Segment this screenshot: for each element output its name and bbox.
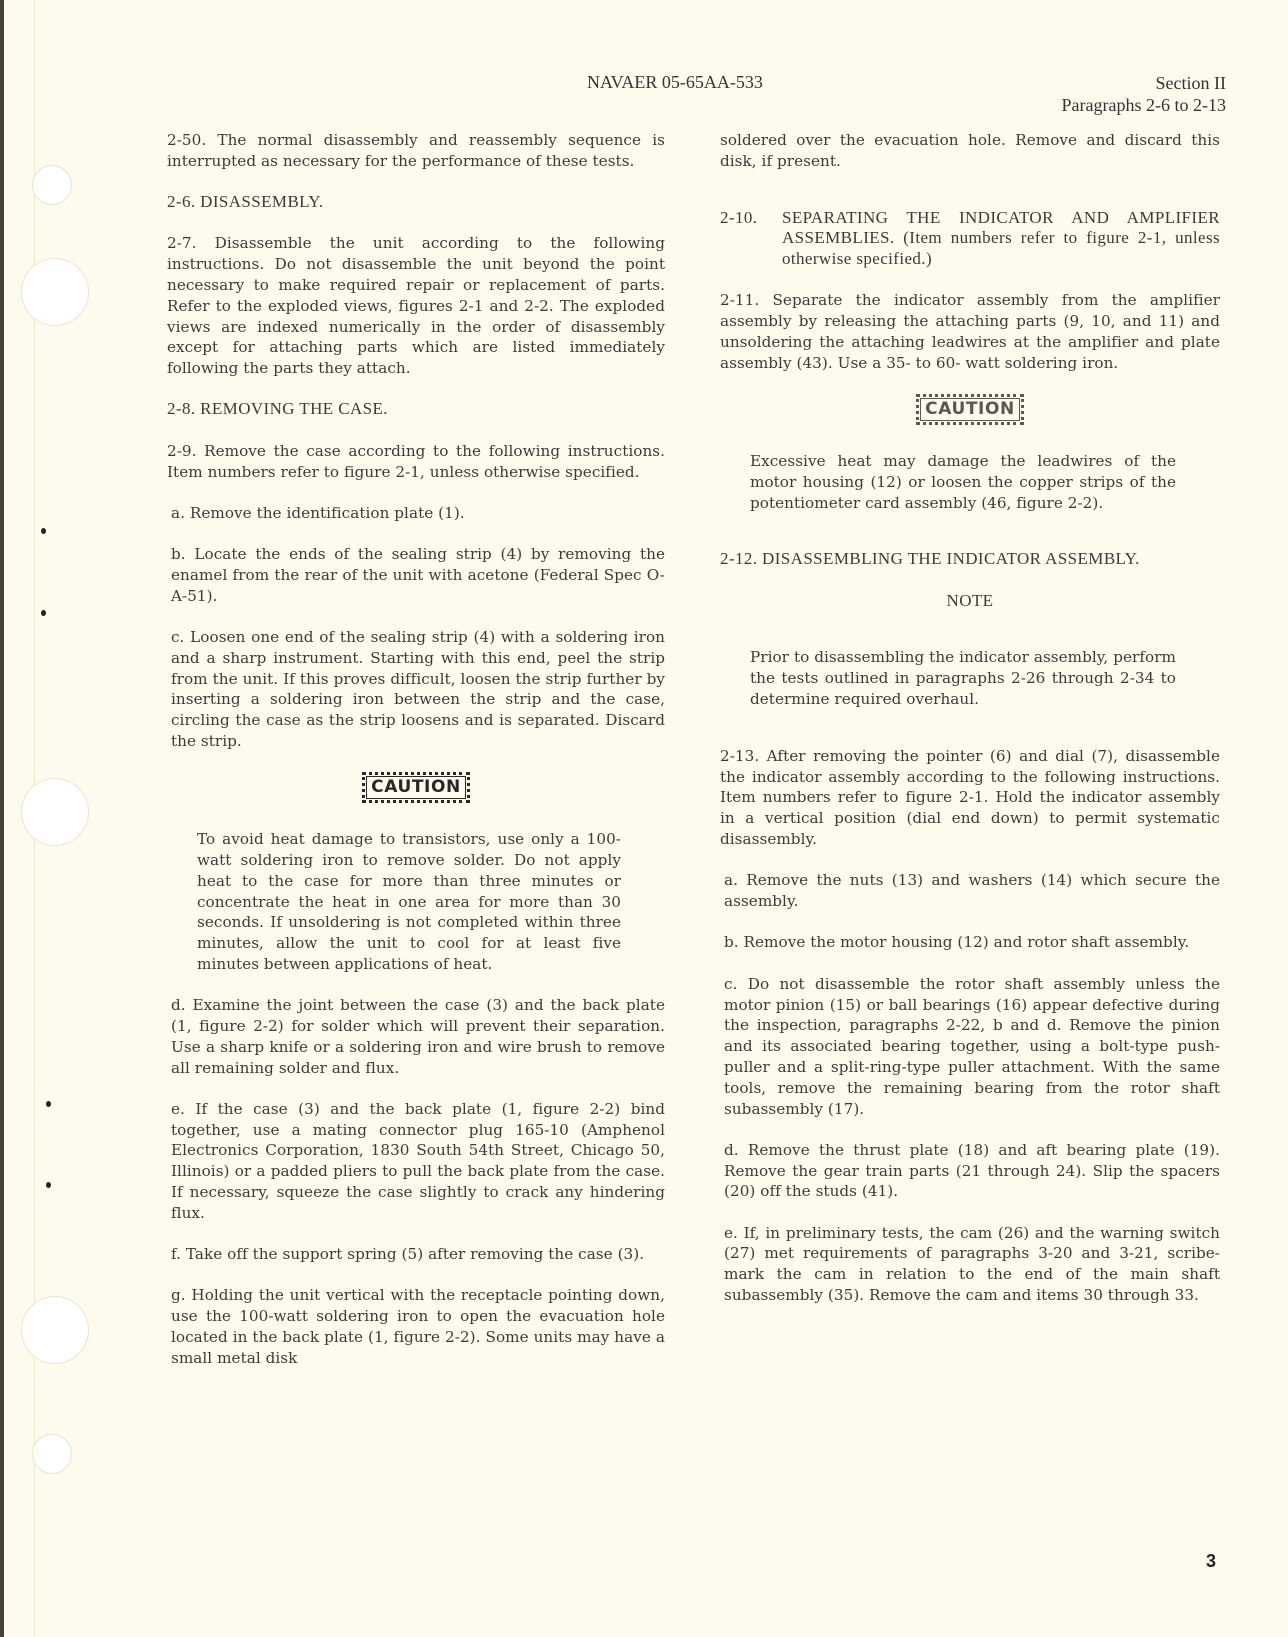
- continued-text: soldered over the evacuation hole. Remov…: [720, 130, 1220, 172]
- heading-removing-case: 2-8. REMOVING THE CASE.: [167, 399, 665, 420]
- step-e: e. If, in preliminary tests, the cam (26…: [720, 1223, 1220, 1306]
- note-text: Prior to disassembling the indicator ass…: [720, 647, 1220, 709]
- right-column: soldered over the evacuation hole. Remov…: [720, 130, 1220, 1326]
- margin-mark: [41, 528, 46, 534]
- document-number: NAVAER 05-65AA-533: [587, 72, 763, 93]
- margin-mark: [46, 1182, 51, 1188]
- punch-hole-middle: [21, 778, 89, 846]
- binding-edge: [0, 0, 4, 1637]
- step-d: d. Examine the joint between the case (3…: [167, 995, 665, 1078]
- punch-hole-bottom: [32, 1434, 72, 1474]
- page-number: 3: [1206, 1551, 1216, 1572]
- note-label: NOTE: [720, 591, 1220, 612]
- step-g: g. Holding the unit vertical with the re…: [167, 1285, 665, 1368]
- punch-hole-upper: [21, 258, 89, 326]
- paragraph-2-50: 2-50. The normal disassembly and reassem…: [167, 130, 665, 172]
- caution-text: Excessive heat may damage the leadwires …: [720, 451, 1220, 513]
- heading-text: SEPARATING THE INDICATOR AND AMPLIFIER A…: [782, 208, 1220, 270]
- section-label: Section II: [1062, 72, 1226, 94]
- step-f: f. Take off the support spring (5) after…: [167, 1244, 665, 1265]
- left-column: 2-50. The normal disassembly and reassem…: [167, 130, 665, 1389]
- paragraph-2-11: 2-11. Separate the indicator assembly fr…: [720, 290, 1220, 373]
- caution-label: CAUTION: [916, 394, 1024, 425]
- caution-box: CAUTION: [167, 772, 665, 803]
- punch-hole-lower: [21, 1296, 89, 1364]
- section-header: Section II Paragraphs 2-6 to 2-13: [1062, 72, 1226, 116]
- punch-hole-top: [32, 165, 72, 205]
- paragraph-2-7: 2-7. Disassemble the unit according to t…: [167, 233, 665, 379]
- heading-disassembly: 2-6. DISASSEMBLY.: [167, 192, 665, 213]
- paragraph-2-9: 2-9. Remove the case according to the fo…: [167, 441, 665, 483]
- paragraph-range: Paragraphs 2-6 to 2-13: [1062, 94, 1226, 116]
- step-a: a. Remove the identification plate (1).: [167, 503, 665, 524]
- heading-disassembling-indicator: 2-12. DISASSEMBLING THE INDICATOR ASSEMB…: [720, 549, 1220, 570]
- margin-mark: [46, 1101, 51, 1107]
- step-e: e. If the case (3) and the back plate (1…: [167, 1099, 665, 1224]
- step-a: a. Remove the nuts (13) and washers (14)…: [720, 870, 1220, 912]
- caution-label: CAUTION: [362, 772, 470, 803]
- caution-text: To avoid heat damage to transistors, use…: [167, 829, 665, 975]
- step-c: c. Loosen one end of the sealing strip (…: [167, 627, 665, 752]
- caution-box: CAUTION: [720, 394, 1220, 425]
- step-d: d. Remove the thrust plate (18) and aft …: [720, 1140, 1220, 1202]
- step-b: b. Remove the motor housing (12) and rot…: [720, 932, 1220, 953]
- paragraph-2-13: 2-13. After removing the pointer (6) and…: [720, 746, 1220, 850]
- heading-separating-assemblies: 2-10. SEPARATING THE INDICATOR AND AMPLI…: [720, 208, 1220, 270]
- heading-number: 2-10.: [720, 208, 782, 270]
- step-b: b. Locate the ends of the sealing strip …: [167, 544, 665, 606]
- step-c: c. Do not disassemble the rotor shaft as…: [720, 974, 1220, 1120]
- margin-mark: [41, 610, 46, 616]
